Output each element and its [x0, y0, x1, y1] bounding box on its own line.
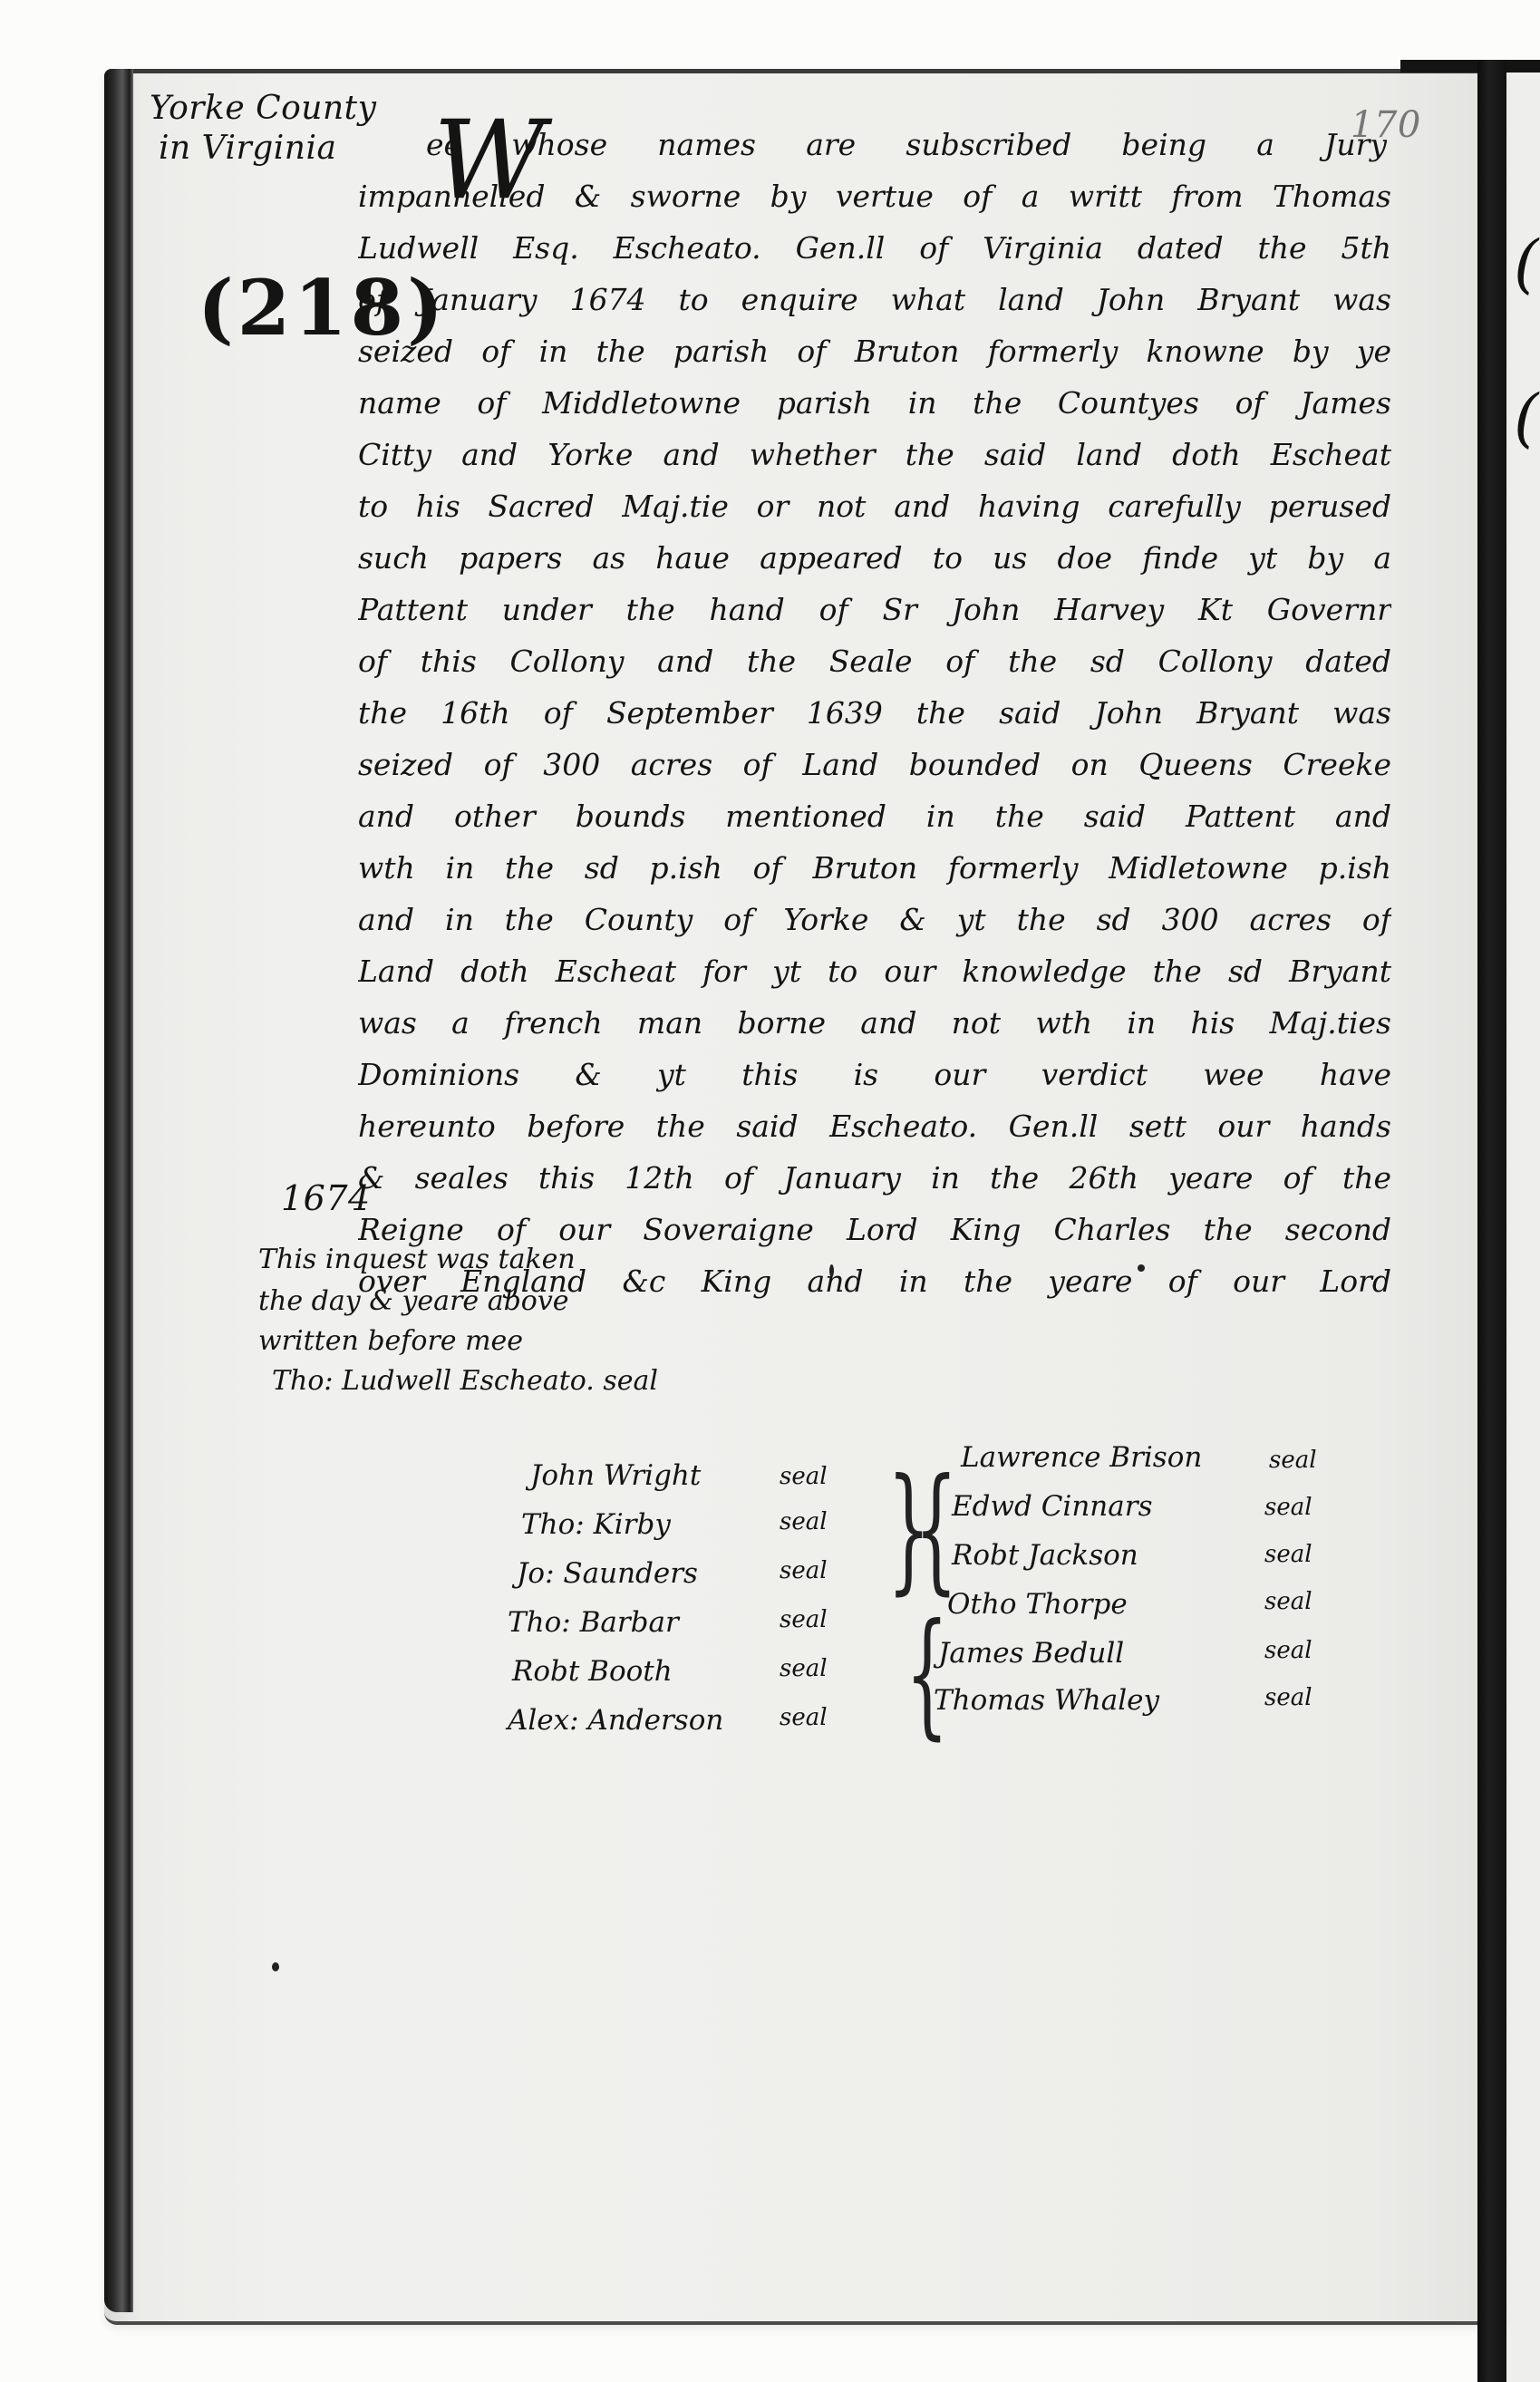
certification-line: written before mee	[258, 1325, 523, 1357]
year-line: 1674	[281, 1178, 371, 1218]
body-line: Pattent under the hand of Sr John Harvey…	[358, 592, 1391, 627]
body-line: such papers as haue appeared to us doe f…	[358, 540, 1391, 576]
juror-name: Tho: Barbar	[508, 1606, 679, 1639]
body-line: hereunto before the said Escheato. Gen.l…	[358, 1109, 1391, 1144]
juror-seal: seal	[1264, 1588, 1312, 1615]
body-line: of January 1674 to enquire what land Joh…	[358, 282, 1391, 317]
juror-seal: seal	[780, 1557, 828, 1584]
juror-name: Otho Thorpe	[947, 1588, 1128, 1621]
body-line: Dominions & yt this is our verdict wee h…	[358, 1057, 1391, 1092]
certification-signature: Tho: Ludwell Escheato. seal	[272, 1365, 658, 1397]
body-line: to his Sacred Maj.tie or not and having …	[358, 489, 1391, 524]
body-line: the 16th of September 1639 the said John…	[358, 695, 1391, 731]
body-line: seized of in the parish of Bruton former…	[358, 334, 1391, 369]
body-line: and in the County of Yorke & yt the sd 3…	[358, 902, 1391, 937]
brace-left: {	[915, 1450, 958, 1608]
page-left-edge	[104, 69, 133, 2312]
juror-name: Jo: Saunders	[517, 1557, 698, 1590]
juror-name: Tho: Kirby	[521, 1508, 671, 1541]
ink-speck	[272, 1962, 279, 1971]
juror-name: Lawrence Brison	[961, 1441, 1202, 1474]
body-line: Land doth Escheat for yt to our knowledg…	[358, 954, 1391, 989]
body-line: & seales this 12th of January in the 26t…	[358, 1160, 1391, 1196]
certification-line: This inquest was taken	[258, 1244, 576, 1275]
body-line: name of Middletowne parish in the County…	[358, 385, 1391, 421]
juror-seal: seal	[1269, 1447, 1317, 1474]
juror-seal: seal	[780, 1606, 828, 1633]
certification-line: the day & yeare above	[258, 1285, 569, 1317]
juror-seal: seal	[780, 1463, 828, 1490]
body-line: impannelled & sworne by vertue of a writ…	[358, 179, 1391, 214]
juror-name: Robt Booth	[512, 1655, 673, 1688]
body-line: Ludwell Esq. Escheato. Gen.ll of Virgini…	[358, 230, 1391, 266]
juror-seal: seal	[1264, 1637, 1312, 1664]
brace-left-lower: {	[906, 1595, 949, 1753]
juror-seal: seal	[1264, 1541, 1312, 1568]
body-line: ee whose names are subscribed being a Ju…	[426, 127, 1387, 162]
book-binding-gutter	[1477, 60, 1506, 2382]
body-line: of this Collony and the Seale of the sd …	[358, 644, 1391, 679]
body-line: Citty and Yorke and whether the said lan…	[358, 437, 1391, 472]
juror-seal: seal	[780, 1508, 828, 1535]
juror-seal: seal	[780, 1704, 828, 1731]
margin-note-line: Yorke County	[150, 89, 376, 129]
binding-top	[1400, 60, 1540, 73]
juror-seal: seal	[1264, 1684, 1312, 1711]
body-line: Reigne of our Soveraigne Lord King Charl…	[358, 1212, 1391, 1247]
juror-name: James Bedull	[938, 1637, 1124, 1670]
margin-note-line: in Virginia	[159, 129, 336, 169]
juror-name: Robt Jackson	[952, 1539, 1138, 1572]
juror-name: John Wright	[530, 1459, 701, 1492]
body-line: was a french man borne and not wth in hi…	[358, 1005, 1391, 1041]
juror-seal: seal	[1264, 1494, 1312, 1521]
juror-name: Alex: Anderson	[508, 1704, 723, 1737]
juror-name: Thomas Whaley	[934, 1684, 1159, 1717]
body-line: and other bounds mentioned in the said P…	[358, 799, 1391, 834]
juror-name: Edwd Cinnars	[952, 1490, 1152, 1523]
adjacent-page-ink-mark: (	[1514, 227, 1538, 301]
juror-seal: seal	[780, 1655, 828, 1682]
adjacent-page-ink-mark: (	[1514, 381, 1538, 455]
body-line: wth in the sd p.ish of Bruton formerly M…	[358, 850, 1391, 886]
body-line: seized of 300 acres of Land bounded on Q…	[358, 747, 1391, 782]
ink-speck	[829, 1264, 834, 1277]
ink-speck	[1138, 1264, 1145, 1272]
